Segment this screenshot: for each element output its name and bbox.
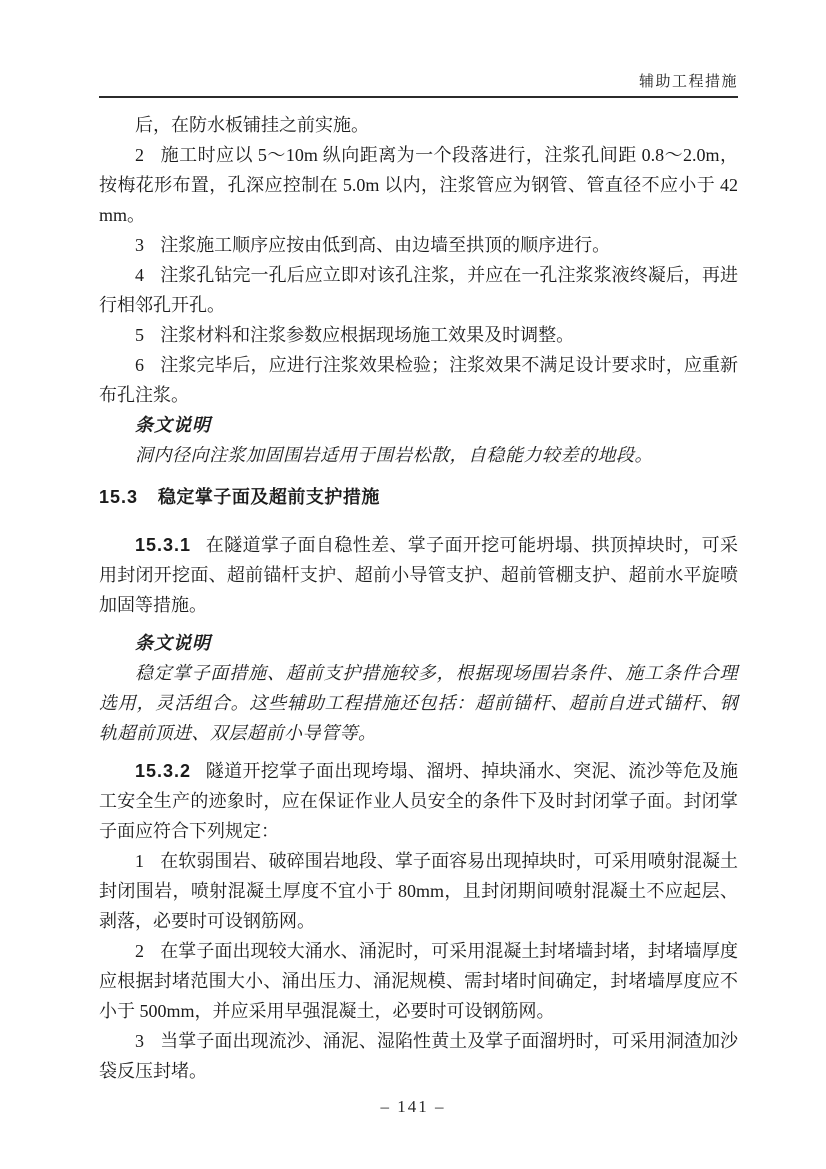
clause-text: 隧道开挖掌子面出现垮塌、溜坍、掉块涌水、突泥、流沙等危及施工安全生产的迹象时，应… — [99, 761, 738, 841]
clause-text: 在隧道掌子面自稳性差、掌子面开挖可能坍塌、拱顶掉块时，可采用封闭开挖面、超前锚杆… — [99, 535, 738, 615]
numbered-item-3: 3注浆施工顺序应按由低到高、由边墙至拱顶的顺序进行。 — [99, 230, 738, 260]
explain-paragraph-2: 稳定掌子面措施、超前支护措施较多，根据现场围岩条件、施工条件合理选用，灵活组合。… — [99, 658, 738, 748]
item-number: 4 — [135, 265, 144, 285]
explain-label-2: 条文说明 — [99, 628, 738, 658]
item-text: 注浆完毕后，应进行注浆效果检验；注浆效果不满足设计要求时，应重新布孔注浆。 — [99, 355, 738, 405]
item-number: 3 — [135, 1031, 144, 1051]
paragraph-continuation: 后，在防水板铺挂之前实施。 — [99, 110, 738, 140]
page-number: – 141 – — [381, 1097, 446, 1116]
item-number: 5 — [135, 325, 144, 345]
item-text: 在掌子面出现较大涌水、涌泥时，可采用混凝土封堵墙封堵，封堵墙厚度应根据封堵范围大… — [99, 941, 738, 1021]
numbered-item-4: 4注浆孔钻完一孔后应立即对该孔注浆，并应在一孔注浆浆液终凝后，再进行相邻孔开孔。 — [99, 260, 738, 320]
section-title: 稳定掌子面及超前支护措施 — [158, 487, 380, 507]
section-heading-15-3: 15.3稳定掌子面及超前支护措施 — [99, 484, 738, 510]
page-footer: – 141 – — [0, 1097, 826, 1117]
item-text: 注浆孔钻完一孔后应立即对该孔注浆，并应在一孔注浆浆液终凝后，再进行相邻孔开孔。 — [99, 265, 738, 315]
item-text: 注浆材料和注浆参数应根据现场施工效果及时调整。 — [160, 325, 574, 345]
item-text: 在软弱围岩、破碎围岩地段、掌子面容易出现掉块时，可采用喷射混凝土封闭围岩，喷射混… — [99, 851, 738, 931]
document-body: 后，在防水板铺挂之前实施。 2施工时应以 5～10m 纵向距离为一个段落进行，注… — [99, 110, 738, 1086]
page-header: 辅助工程措施 — [99, 72, 738, 106]
item-text: 施工时应以 5～10m 纵向距离为一个段落进行，注浆孔间距 0.8～2.0m，按… — [99, 145, 738, 225]
running-head: 辅助工程措施 — [99, 72, 738, 92]
clause-15-3-1: 15.3.1在隧道掌子面自稳性差、掌子面开挖可能坍塌、拱顶掉块时，可采用封闭开挖… — [99, 530, 738, 620]
clause-number: 15.3.1 — [135, 535, 191, 555]
item-text: 当掌子面出现流沙、涌泥、湿陷性黄土及掌子面溜坍时，可采用洞渣加沙袋反压封堵。 — [99, 1031, 738, 1081]
section-number: 15.3 — [99, 487, 138, 507]
clause-15-3-2: 15.3.2隧道开挖掌子面出现垮塌、溜坍、掉块涌水、突泥、流沙等危及施工安全生产… — [99, 756, 738, 846]
explain-paragraph-1: 洞内径向注浆加固围岩适用于围岩松散，自稳能力较差的地段。 — [99, 440, 738, 470]
item-number: 2 — [135, 145, 144, 165]
header-rule — [99, 96, 738, 98]
item-number: 6 — [135, 355, 144, 375]
numbered-item-5: 5注浆材料和注浆参数应根据现场施工效果及时调整。 — [99, 320, 738, 350]
item-text: 注浆施工顺序应按由低到高、由边墙至拱顶的顺序进行。 — [160, 235, 610, 255]
document-page: 辅助工程措施 后，在防水板铺挂之前实施。 2施工时应以 5～10m 纵向距离为一… — [0, 0, 826, 1169]
numbered-item-2: 2施工时应以 5～10m 纵向距离为一个段落进行，注浆孔间距 0.8～2.0m，… — [99, 140, 738, 230]
sub-item-1: 1在软弱围岩、破碎围岩地段、掌子面容易出现掉块时，可采用喷射混凝土封闭围岩，喷射… — [99, 846, 738, 936]
sub-item-2: 2在掌子面出现较大涌水、涌泥时，可采用混凝土封堵墙封堵，封堵墙厚度应根据封堵范围… — [99, 936, 738, 1026]
clause-number: 15.3.2 — [135, 761, 191, 781]
item-number: 1 — [135, 851, 144, 871]
explain-label-1: 条文说明 — [99, 410, 738, 440]
numbered-item-6: 6注浆完毕后，应进行注浆效果检验；注浆效果不满足设计要求时，应重新布孔注浆。 — [99, 350, 738, 410]
item-number: 2 — [135, 941, 144, 961]
item-number: 3 — [135, 235, 144, 255]
sub-item-3: 3当掌子面出现流沙、涌泥、湿陷性黄土及掌子面溜坍时，可采用洞渣加沙袋反压封堵。 — [99, 1026, 738, 1086]
